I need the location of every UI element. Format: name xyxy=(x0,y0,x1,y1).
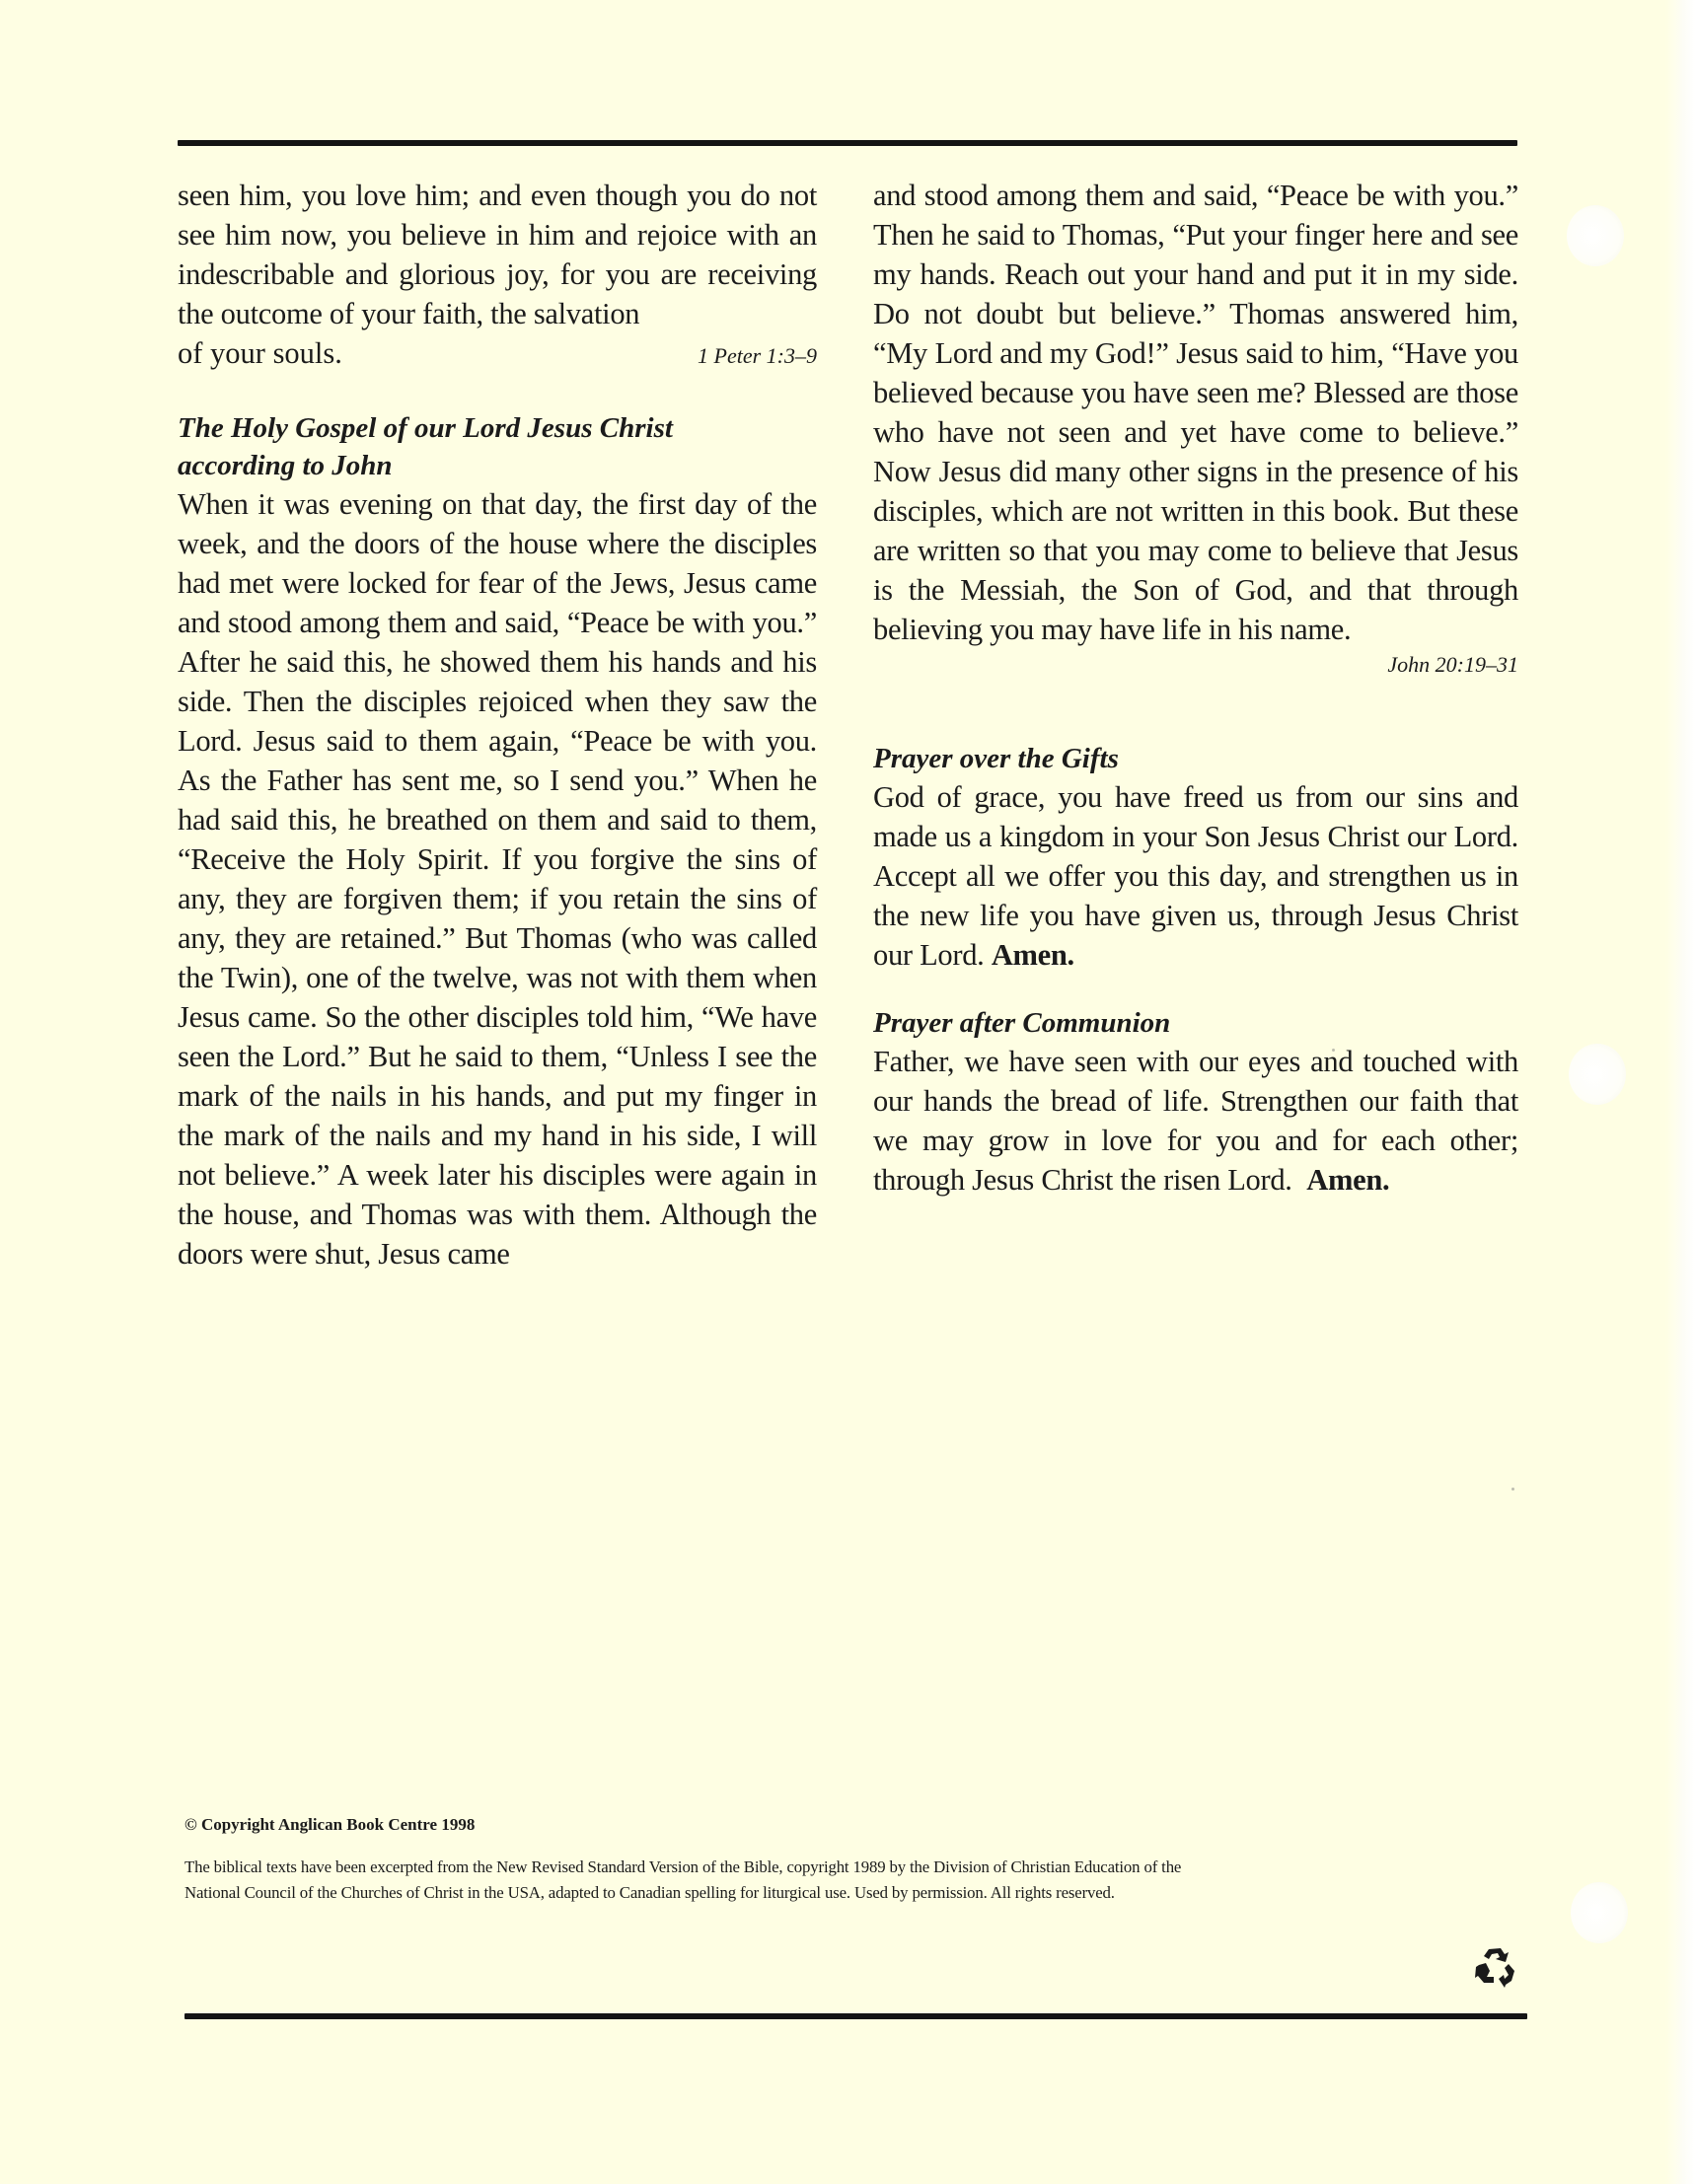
reading-last-line-text: of your souls. xyxy=(178,333,342,373)
right-column: and stood among them and said, “Peace be… xyxy=(873,176,1518,1200)
gospel-heading-line1: The Holy Gospel of our Lord Jesus Christ xyxy=(178,412,673,444)
scan-speck xyxy=(1332,1049,1335,1052)
bottom-rule xyxy=(184,2013,1527,2019)
recycle-icon xyxy=(1472,1943,1519,1991)
gospel-heading-line2: according to John xyxy=(178,450,393,481)
legal-line-1: The biblical texts have been excerpted f… xyxy=(184,1855,1526,1880)
prayer-after-communion-amen: Amen. xyxy=(1306,1163,1389,1197)
prayer-after-communion-body: Father, we have seen with our eyes and t… xyxy=(873,1045,1518,1197)
legal-line-2: National Council of the Churches of Chri… xyxy=(184,1880,1526,1906)
prayer-over-gifts-amen: Amen. xyxy=(992,938,1074,972)
reading-citation: 1 Peter 1:3–9 xyxy=(698,336,817,376)
prayer-over-gifts-text: God of grace, you have freed us from our… xyxy=(873,777,1518,975)
prayer-after-communion-text: Father, we have seen with our eyes and t… xyxy=(873,1042,1518,1200)
binder-hole-top xyxy=(1567,205,1624,266)
scan-speck xyxy=(1511,1488,1514,1491)
gospel-heading: The Holy Gospel of our Lord Jesus Christ… xyxy=(178,409,817,484)
scan-speck xyxy=(326,1243,329,1246)
gospel-text: When it was evening on that day, the fir… xyxy=(178,484,817,1274)
page-edge-shadow xyxy=(1665,0,1695,2184)
prayer-after-communion-heading: Prayer after Communion xyxy=(873,1004,1518,1042)
top-rule xyxy=(178,140,1517,146)
legal-notice: The biblical texts have been excerpted f… xyxy=(184,1855,1526,1906)
gospel-continuation-text: and stood among them and said, “Peace be… xyxy=(873,176,1518,649)
left-column: seen him, you love him; and even though … xyxy=(178,176,817,1274)
gospel-citation: John 20:19–31 xyxy=(873,645,1518,685)
prayer-over-gifts-body: God of grace, you have freed us from our… xyxy=(873,780,1518,972)
copyright-notice: © Copyright Anglican Book Centre 1998 xyxy=(184,1815,1526,1835)
reading-last-line: of your souls. 1 Peter 1:3–9 xyxy=(178,333,817,376)
prayer-over-gifts-heading: Prayer over the Gifts xyxy=(873,740,1518,777)
binder-hole-bottom xyxy=(1571,1882,1628,1943)
binder-hole-middle xyxy=(1569,1044,1626,1105)
reading-continuation-text: seen him, you love him; and even though … xyxy=(178,176,817,333)
